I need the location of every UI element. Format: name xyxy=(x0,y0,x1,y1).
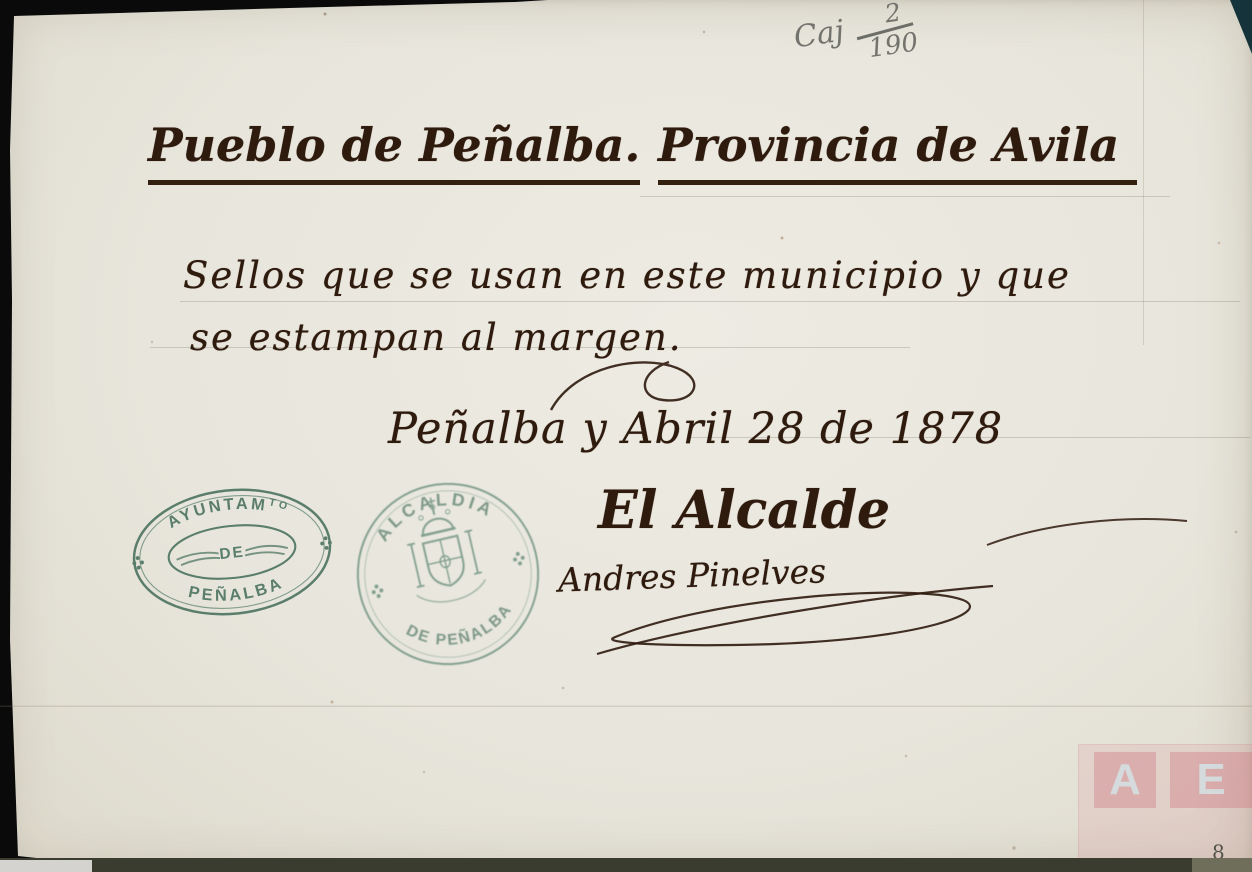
document-scan: Caj 2 190 Pueblo de Peñalba. Provincia d… xyxy=(0,0,1252,872)
dateline: Peñalba y Abril 28 de 1878 xyxy=(388,404,1003,454)
faint-rule-line xyxy=(640,196,1170,197)
paper-crease-vertical xyxy=(1143,0,1144,345)
body-line-1: Sellos que se usan en este municipio y q… xyxy=(183,254,1071,297)
scanner-strip-right-segment xyxy=(1192,858,1252,872)
watermark-letter-a: A xyxy=(1094,752,1156,808)
coat-of-arms-icon xyxy=(405,530,488,608)
signature-rubric xyxy=(595,580,995,660)
round-stamp-fleuron-right xyxy=(512,551,527,567)
svg-text:DE PEÑALBA: DE PEÑALBA xyxy=(400,598,521,659)
closing-tail-flourish xyxy=(985,505,1190,550)
closing-title: El Alcalde xyxy=(598,480,890,541)
paper-fold-crease xyxy=(0,705,1252,707)
ayuntamiento-oval-stamp: AYUNTAMTO DE PEÑALBA xyxy=(119,473,344,630)
archive-note-numerator: 2 xyxy=(883,1,902,25)
archive-note-fraction: 2 190 xyxy=(853,0,918,63)
scanner-strip xyxy=(0,858,1252,872)
archive-note-denominator: 190 xyxy=(867,29,920,62)
watermark-letter-e: E xyxy=(1170,752,1252,808)
faint-rule-line xyxy=(180,301,1240,302)
round-stamp-bottom-text: DE PEÑALBA xyxy=(400,598,521,659)
scanner-strip-left-segment xyxy=(0,860,92,872)
oval-stamp-middle-text: DE xyxy=(219,544,246,564)
heading-province: Provincia de Avila xyxy=(658,122,1137,185)
archive-note-prefix: Caj xyxy=(792,14,847,56)
heading-town: Pueblo de Peñalba. xyxy=(148,122,640,185)
round-stamp-fleuron-left xyxy=(370,583,385,599)
